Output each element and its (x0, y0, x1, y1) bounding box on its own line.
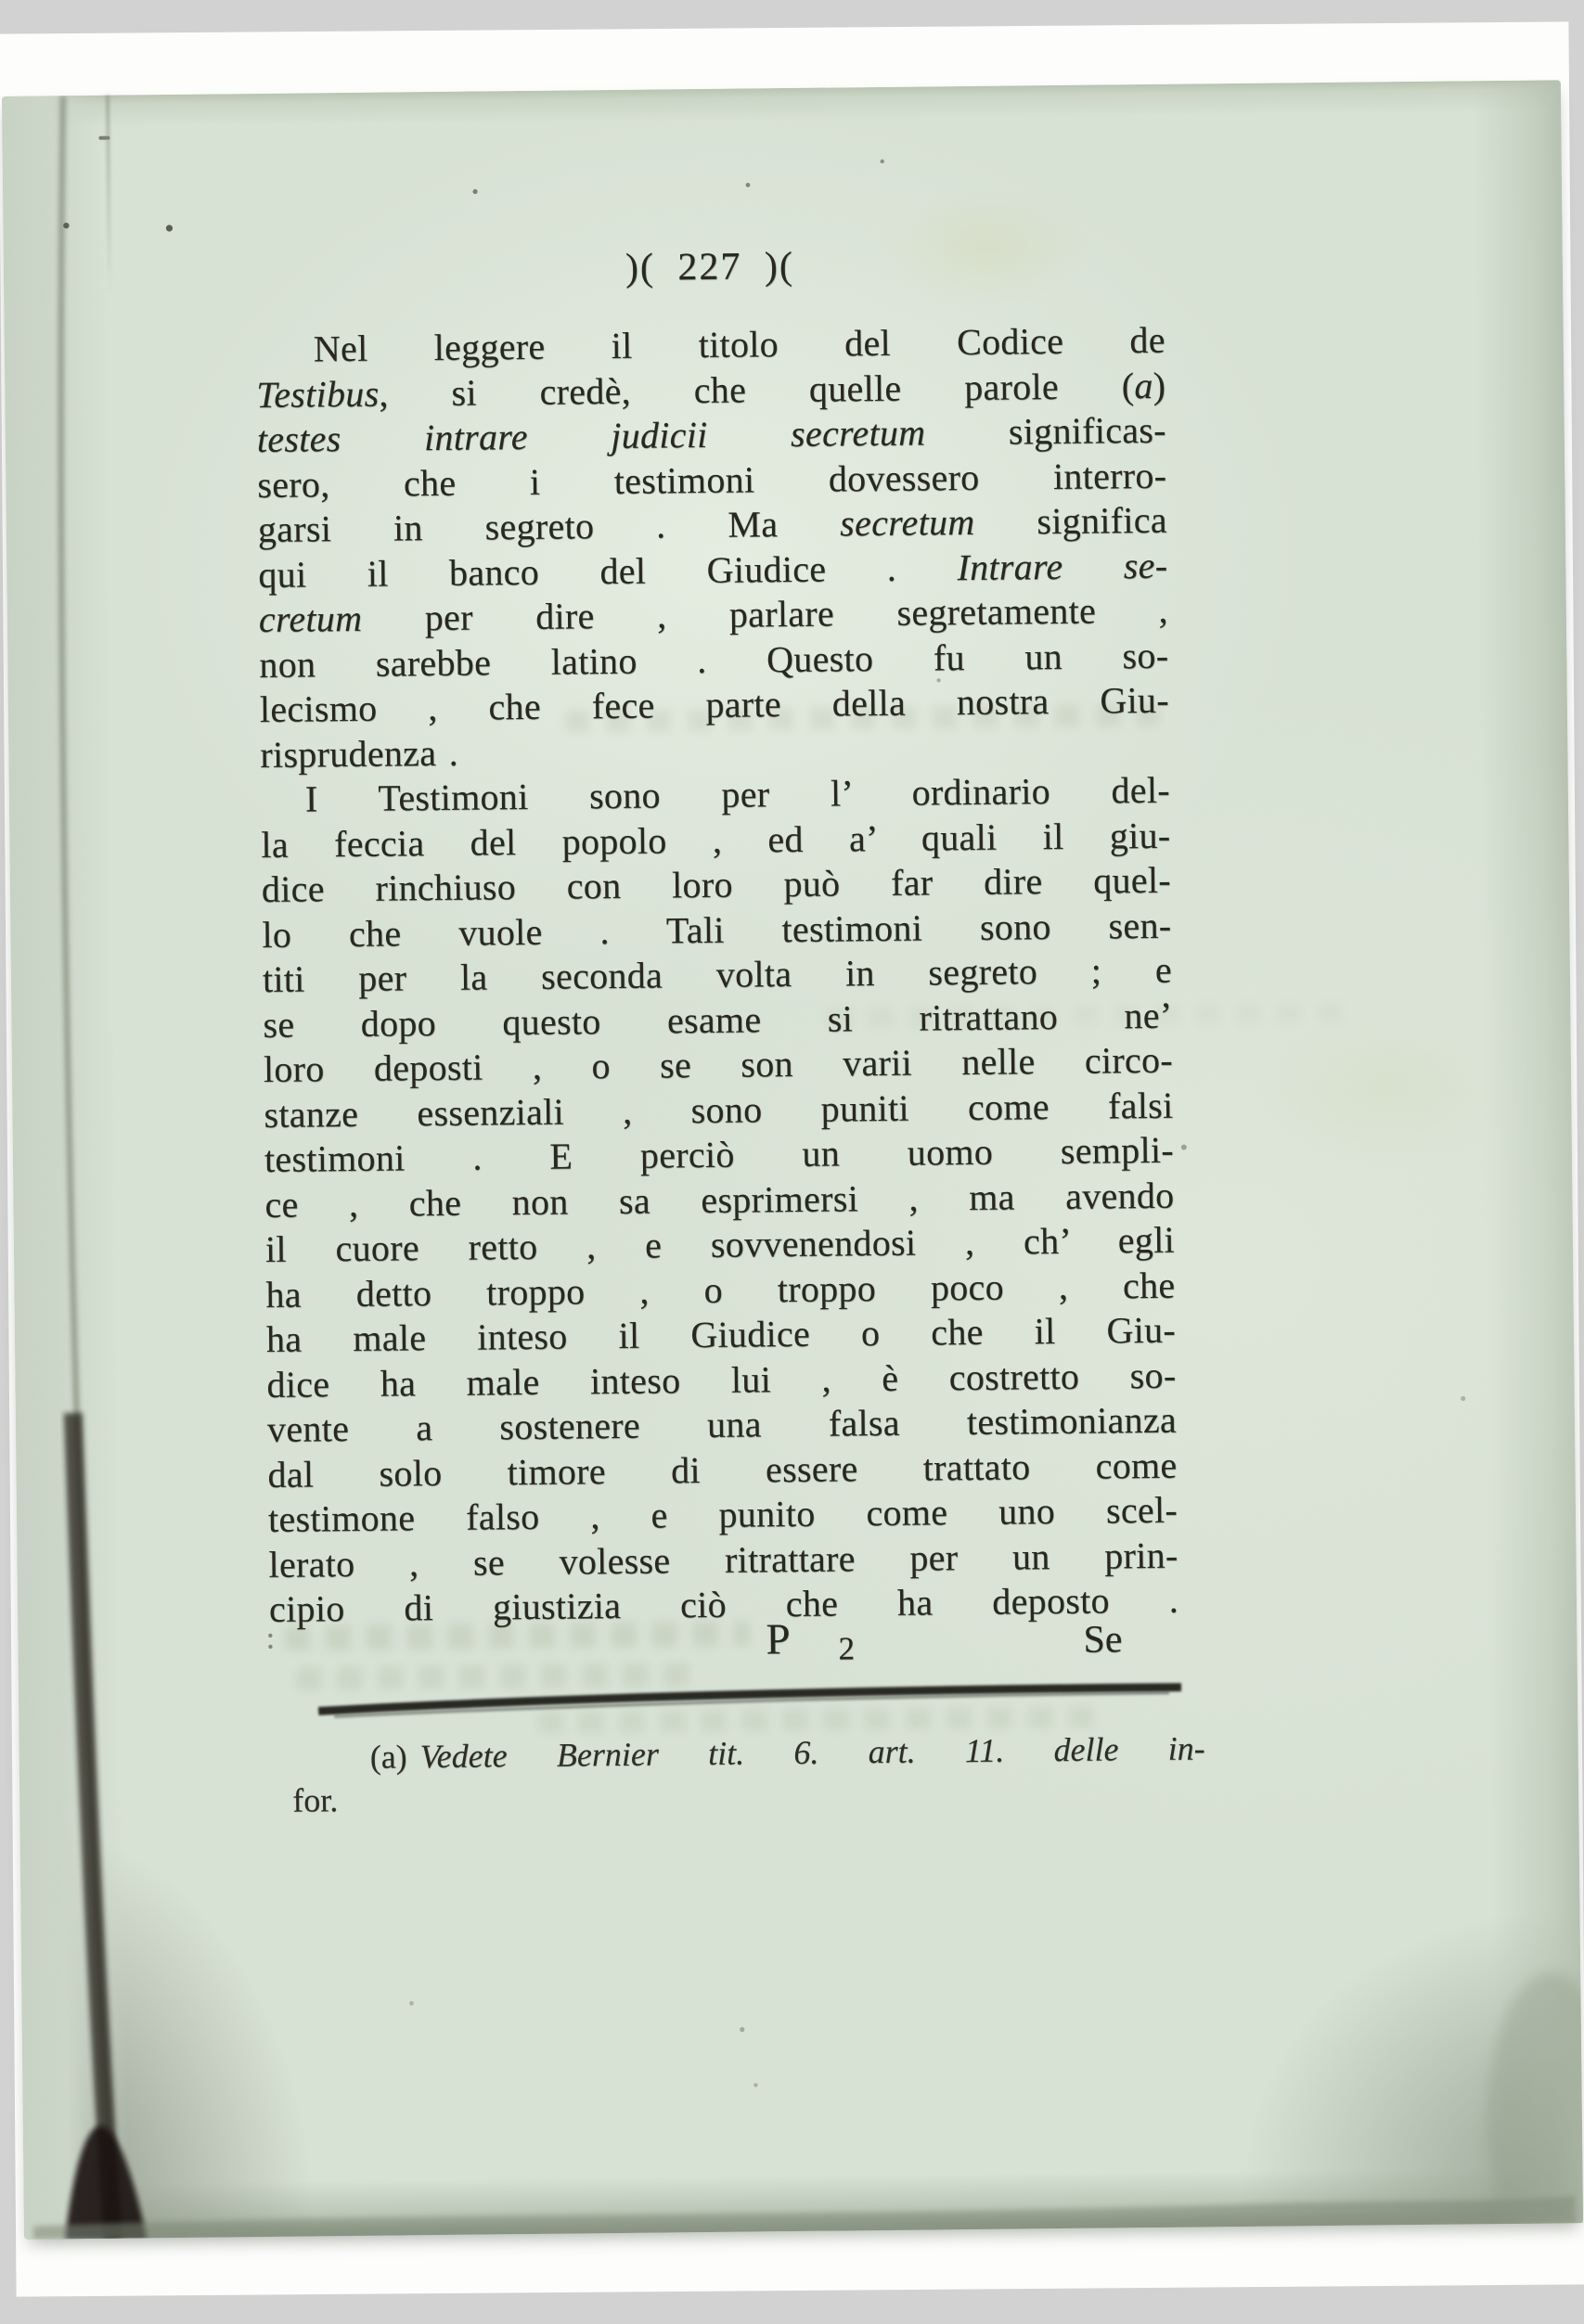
corner-fold-shadow (1486, 1972, 1583, 2240)
book-page: )( 227 )( Nel leggere il titolo del Codi… (2, 80, 1583, 2239)
footnote-text: Vedete Bernier tit. 6. art. 11. delle in… (419, 1729, 1204, 1775)
text-line: cipio di giustizia ciò che ha deposto . (269, 1578, 1178, 1633)
signature-number: 2 (838, 1631, 855, 1666)
catchword: Se (1083, 1617, 1123, 1662)
showthrough-smudge (297, 1663, 696, 1690)
footnote: (a)Vedete Bernier tit. 6. art. 11. delle… (369, 1727, 1204, 1777)
footnote-marker: (a) (370, 1738, 407, 1775)
spine-crease (56, 96, 115, 2239)
footnote-carryover: for. (292, 1779, 338, 1821)
text-line: lecismo , che fece parte della nostra Gi… (260, 678, 1169, 733)
body-text: Nel leggere il titolo del Codice deTesti… (256, 318, 1179, 1633)
spine-shadow-dark (73, 1413, 113, 2239)
scan-viewer-background: )( 227 )( Nel leggere il titolo del Codi… (0, 0, 1584, 2324)
corner-crease (106, 96, 111, 295)
signature-mark: P (766, 1617, 791, 1663)
page-number-header: )( 227 )( (255, 240, 1165, 294)
spine-bottom-wedge (64, 2125, 147, 2239)
